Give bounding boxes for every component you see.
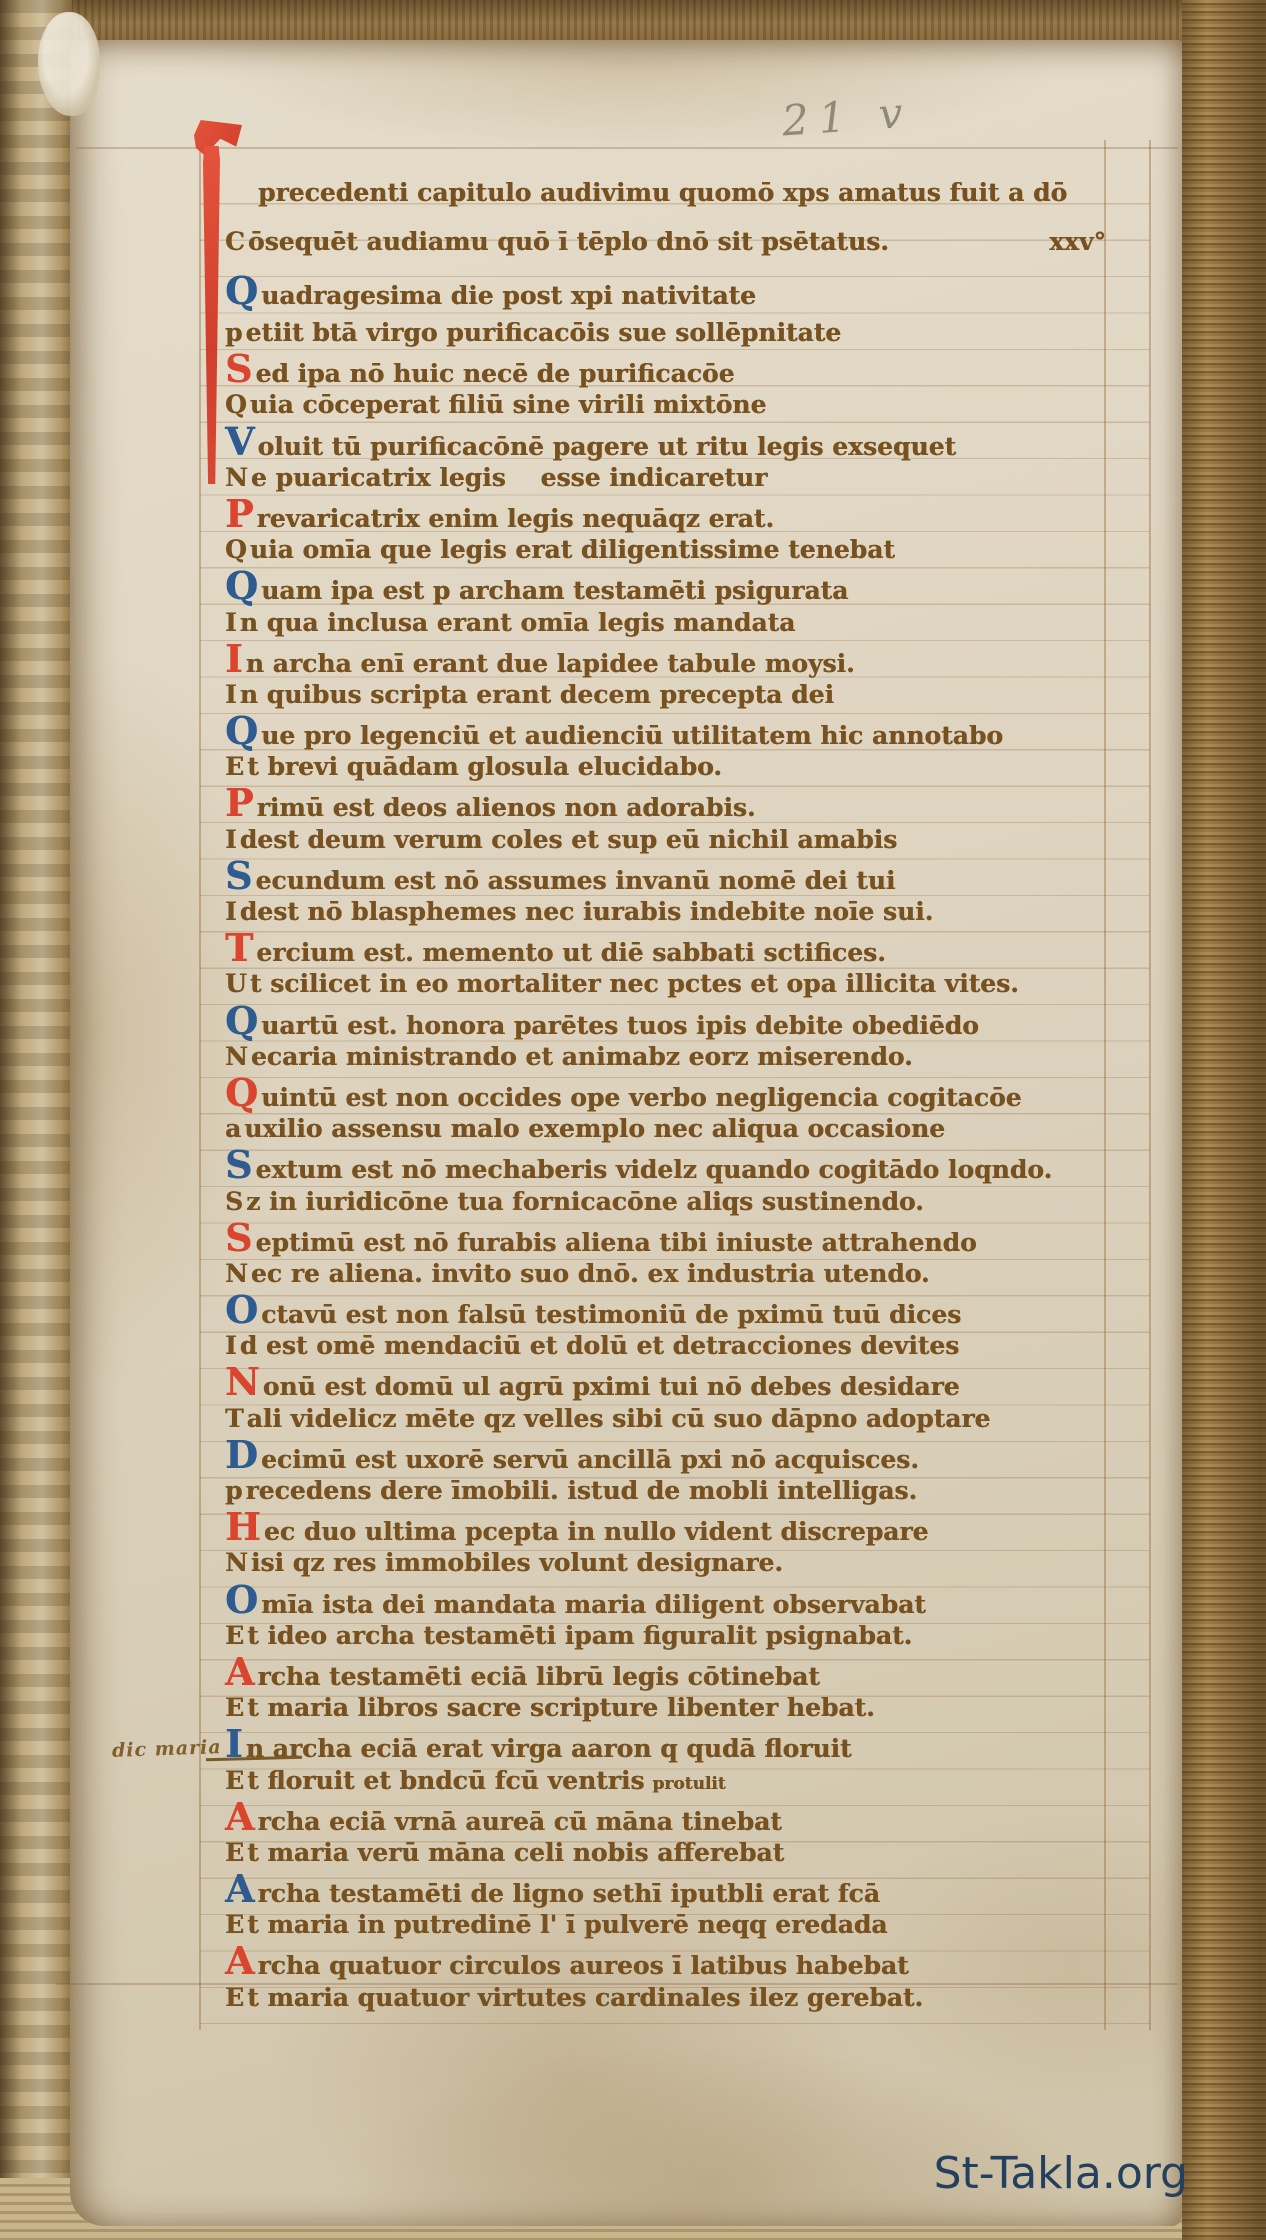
- line-text: z in iuridicōne tua fornicacōne aliqs su…: [246, 1184, 924, 1220]
- line-initial: V: [225, 424, 254, 460]
- manuscript-line: In quibus scripta erant decem precepta d…: [200, 677, 1148, 713]
- line-text: uia cōceperat filiū sine virili mixtōne: [250, 387, 767, 423]
- line-initial: I: [225, 641, 243, 677]
- manuscript-line: Iprecedenti capitulo audivimu quomō xps …: [200, 168, 1148, 217]
- manuscript-line: auxilio assensu malo exemplo nec aliqua …: [200, 1111, 1148, 1147]
- line-text: ali videlicz mēte qz velles sibi cū suo …: [247, 1401, 991, 1437]
- manuscript-line: Septimū est nō furabis aliena tibi inius…: [200, 1220, 1148, 1256]
- line-text: e puaricatrix legis esse indicaretur: [251, 460, 767, 496]
- book-top-edge: [0, 0, 1182, 42]
- manuscript-line: Nec re aliena. invito suo dnō. ex indust…: [200, 1256, 1148, 1292]
- manuscript-line: Sz in iuridicōne tua fornicacōne aliqs s…: [200, 1184, 1148, 1220]
- binding-headband: [38, 12, 100, 116]
- manuscript-line: Voluit tū purificacōnē pagere ut ritu le…: [200, 424, 1148, 460]
- chapter-number: xxv°: [1049, 217, 1106, 266]
- manuscript-line: Quam ipa est p archam testamēti psigurat…: [200, 568, 1148, 604]
- line-text: t scilicet in eo mortaliter nec pctes et…: [250, 966, 1019, 1002]
- top-ruling-line: [76, 147, 1178, 149]
- line-initial: A: [225, 1943, 254, 1979]
- line-text: t ideo archa testamēti ipam figuralit ps…: [247, 1618, 912, 1654]
- line-text: t floruit et bndcū fcū ventris: [247, 1763, 644, 1799]
- line-text: t maria in putredinē l' ī pulverē neqq e…: [247, 1907, 887, 1943]
- manuscript-line: petiit btā virgo purificacōis sue sollēp…: [200, 315, 1148, 351]
- book-fore-edge-pages: [1182, 0, 1266, 2240]
- manuscript-line: Nisi qz res immobiles volunt designare.: [200, 1545, 1148, 1581]
- manuscript-line: Archa testamēti de ligno sethī iputbli e…: [200, 1871, 1148, 1907]
- line-text: uadragesima die post xpi nativitate: [261, 271, 756, 320]
- manuscript-line: Quadragesima die post xpi nativitate: [200, 266, 1148, 315]
- line-text: uia omīa que legis erat diligentissime t…: [250, 532, 895, 568]
- line-initial: P: [225, 496, 254, 532]
- manuscript-line: Tercium est. memento ut diē sabbati scti…: [200, 930, 1148, 966]
- manuscript-line: Quartū est. honora parētes tuos ipis deb…: [200, 1003, 1148, 1039]
- manuscript-line: Omīa ista dei mandata maria diligent obs…: [200, 1582, 1148, 1618]
- line-text: ec re aliena. invito suo dnō. ex industr…: [251, 1256, 930, 1292]
- line-text: recedens dere īmobili. istud de mobli in…: [245, 1473, 917, 1509]
- manuscript-line: Nonū est domū ul agrū pximi tui nō debes…: [200, 1364, 1148, 1400]
- manuscript-line: Idest deum verum coles et sup eū nichil …: [200, 822, 1148, 858]
- line-initial: E: [225, 1980, 244, 2016]
- folio-number: 21 v: [780, 88, 914, 146]
- manuscript-line: Cōsequēt audiamu quō ī tēplo dnō sit psē…: [200, 217, 1148, 266]
- manuscript-line: Et maria quatuor virtutes cardinales ile…: [200, 1980, 1148, 2016]
- manuscript-line: Quia cōceperat filiū sine virili mixtōne: [200, 387, 1148, 423]
- line-text: isi qz res immobiles volunt designare.: [251, 1545, 783, 1581]
- line-text: n qua inclusa erant omīa legis mandata: [240, 605, 796, 641]
- manuscript-line: In archa enī erant due lapidee tabule mo…: [200, 641, 1148, 677]
- manuscript-line: Quintū est non occides ope verbo neglige…: [200, 1075, 1148, 1111]
- manuscript-line: Et maria libros sacre scripture libenter…: [200, 1690, 1148, 1726]
- manuscript-line: Archa quatuor circulos aureos ī latibus …: [200, 1943, 1148, 1979]
- line-text-small: protulit: [652, 1766, 725, 1802]
- line-initial: Q: [225, 266, 258, 315]
- line-text: n quibus scripta erant decem precepta de…: [240, 677, 834, 713]
- line-text: t maria libros sacre scripture libenter …: [247, 1690, 875, 1726]
- manuscript-line: Prevaricatrix enim legis nequāqz erat.: [200, 496, 1148, 532]
- site-watermark: St-Takla.org: [934, 2148, 1188, 2199]
- manuscript-line: Tali videlicz mēte qz velles sibi cū suo…: [200, 1401, 1148, 1437]
- manuscript-line: Quia omīa que legis erat diligentissime …: [200, 532, 1148, 568]
- manuscript-line: precedens dere īmobili. istud de mobli i…: [200, 1473, 1148, 1509]
- line-initial: S: [225, 351, 252, 387]
- line-initial: Q: [225, 713, 258, 749]
- manuscript-line: Et brevi quādam glosula elucidabo.: [200, 749, 1148, 785]
- line-text: etiit btā virgo purificacōis sue sollēpn…: [245, 315, 841, 351]
- manuscript-line: Et ideo archa testamēti ipam figuralit p…: [200, 1618, 1148, 1654]
- manuscript-line: Et floruit et bndcū fcū ventrisprotulit: [200, 1763, 1148, 1799]
- line-initial: S: [225, 1147, 252, 1183]
- manuscript-line: In archa eciā erat virga aaron q qudā fl…: [200, 1726, 1148, 1762]
- line-text: uxilio assensu malo exemplo nec aliqua o…: [244, 1111, 945, 1147]
- line-initial: A: [225, 1871, 254, 1907]
- line-initial: S: [225, 1220, 252, 1256]
- manuscript-line: Necaria ministrando et animabz eorz mise…: [200, 1039, 1148, 1075]
- line-initial: A: [225, 1654, 254, 1690]
- manuscript-line: Sextum est nō mechaberis videlz quando c…: [200, 1147, 1148, 1183]
- manuscript-line: Id est omē mendaciū et dolū et detraccio…: [200, 1328, 1148, 1364]
- right-margin-rule-outer: [1149, 140, 1151, 2030]
- manuscript-line: Secundum est nō assumes invanū nomē dei …: [200, 858, 1148, 894]
- line-text: dest nō blasphemes nec iurabis indebite …: [240, 894, 934, 930]
- line-initial: H: [225, 1509, 261, 1545]
- manuscript-line: Ne puaricatrix legis esse indicaretur: [200, 460, 1148, 496]
- line-initial: Q: [225, 568, 258, 604]
- text-block: Iprecedenti capitulo audivimu quomō xps …: [200, 168, 1148, 2016]
- manuscript-line: Octavū est non falsū testimoniū de pximū…: [200, 1292, 1148, 1328]
- manuscript-line: Et maria in putredinē l' ī pulverē neqq …: [200, 1907, 1148, 1943]
- line-initial: A: [225, 1799, 254, 1835]
- manuscript-line: Et maria verū māna celi nobis afferebat: [200, 1835, 1148, 1871]
- line-initial: C: [225, 217, 245, 266]
- manuscript-line: Sed ipa nō huic necē de purificacōe: [200, 351, 1148, 387]
- manuscript-line: Archa testamēti eciā librū legis cōtineb…: [200, 1654, 1148, 1690]
- manuscript-line: Que pro legenciū et audienciū utilitatem…: [200, 713, 1148, 749]
- manuscript-line: Decimū est uxorē servū ancillā pxi nō ac…: [200, 1437, 1148, 1473]
- line-initial: Q: [225, 1075, 258, 1111]
- line-text: t maria verū māna celi nobis afferebat: [247, 1835, 784, 1871]
- line-text: precedenti capitulo audivimu quomō xps a…: [258, 168, 1067, 217]
- line-text: d est omē mendaciū et dolū et detraccion…: [240, 1328, 960, 1364]
- manuscript-line: Idest nō blasphemes nec iurabis indebite…: [200, 894, 1148, 930]
- line-initial: O: [225, 1292, 258, 1328]
- line-text: ōsequēt audiamu quō ī tēplo dnō sit psēt…: [248, 217, 889, 266]
- line-initial: O: [225, 1582, 258, 1618]
- line-initial: N: [225, 1364, 260, 1400]
- manuscript-line: Ut scilicet in eo mortaliter nec pctes e…: [200, 966, 1148, 1002]
- manuscript-line: Primū est deos alienos non adorabis.: [200, 785, 1148, 821]
- line-initial: P: [225, 785, 254, 821]
- manuscript-line: Archa eciā vrnā aureā cū māna tinebat: [200, 1799, 1148, 1835]
- line-initial: S: [225, 858, 252, 894]
- line-text: ecaria ministrando et animabz eorz miser…: [251, 1039, 913, 1075]
- book-spine: [0, 0, 72, 2240]
- line-text: t maria quatuor virtutes cardinales ilez…: [247, 1980, 923, 2016]
- manuscript-line: In qua inclusa erant omīa legis mandata: [200, 605, 1148, 641]
- line-text: dest deum verum coles et sup eū nichil a…: [240, 822, 898, 858]
- line-initial: Q: [225, 1003, 258, 1039]
- line-initial: D: [225, 1437, 258, 1473]
- manuscript-photo: 21 v Iprecedenti capitulo audivimu quomō…: [0, 0, 1266, 2240]
- line-initial: T: [225, 930, 253, 966]
- manuscript-line: Hec duo ultima pcepta in nullo vident di…: [200, 1509, 1148, 1545]
- line-text: t brevi quādam glosula elucidabo.: [247, 749, 722, 785]
